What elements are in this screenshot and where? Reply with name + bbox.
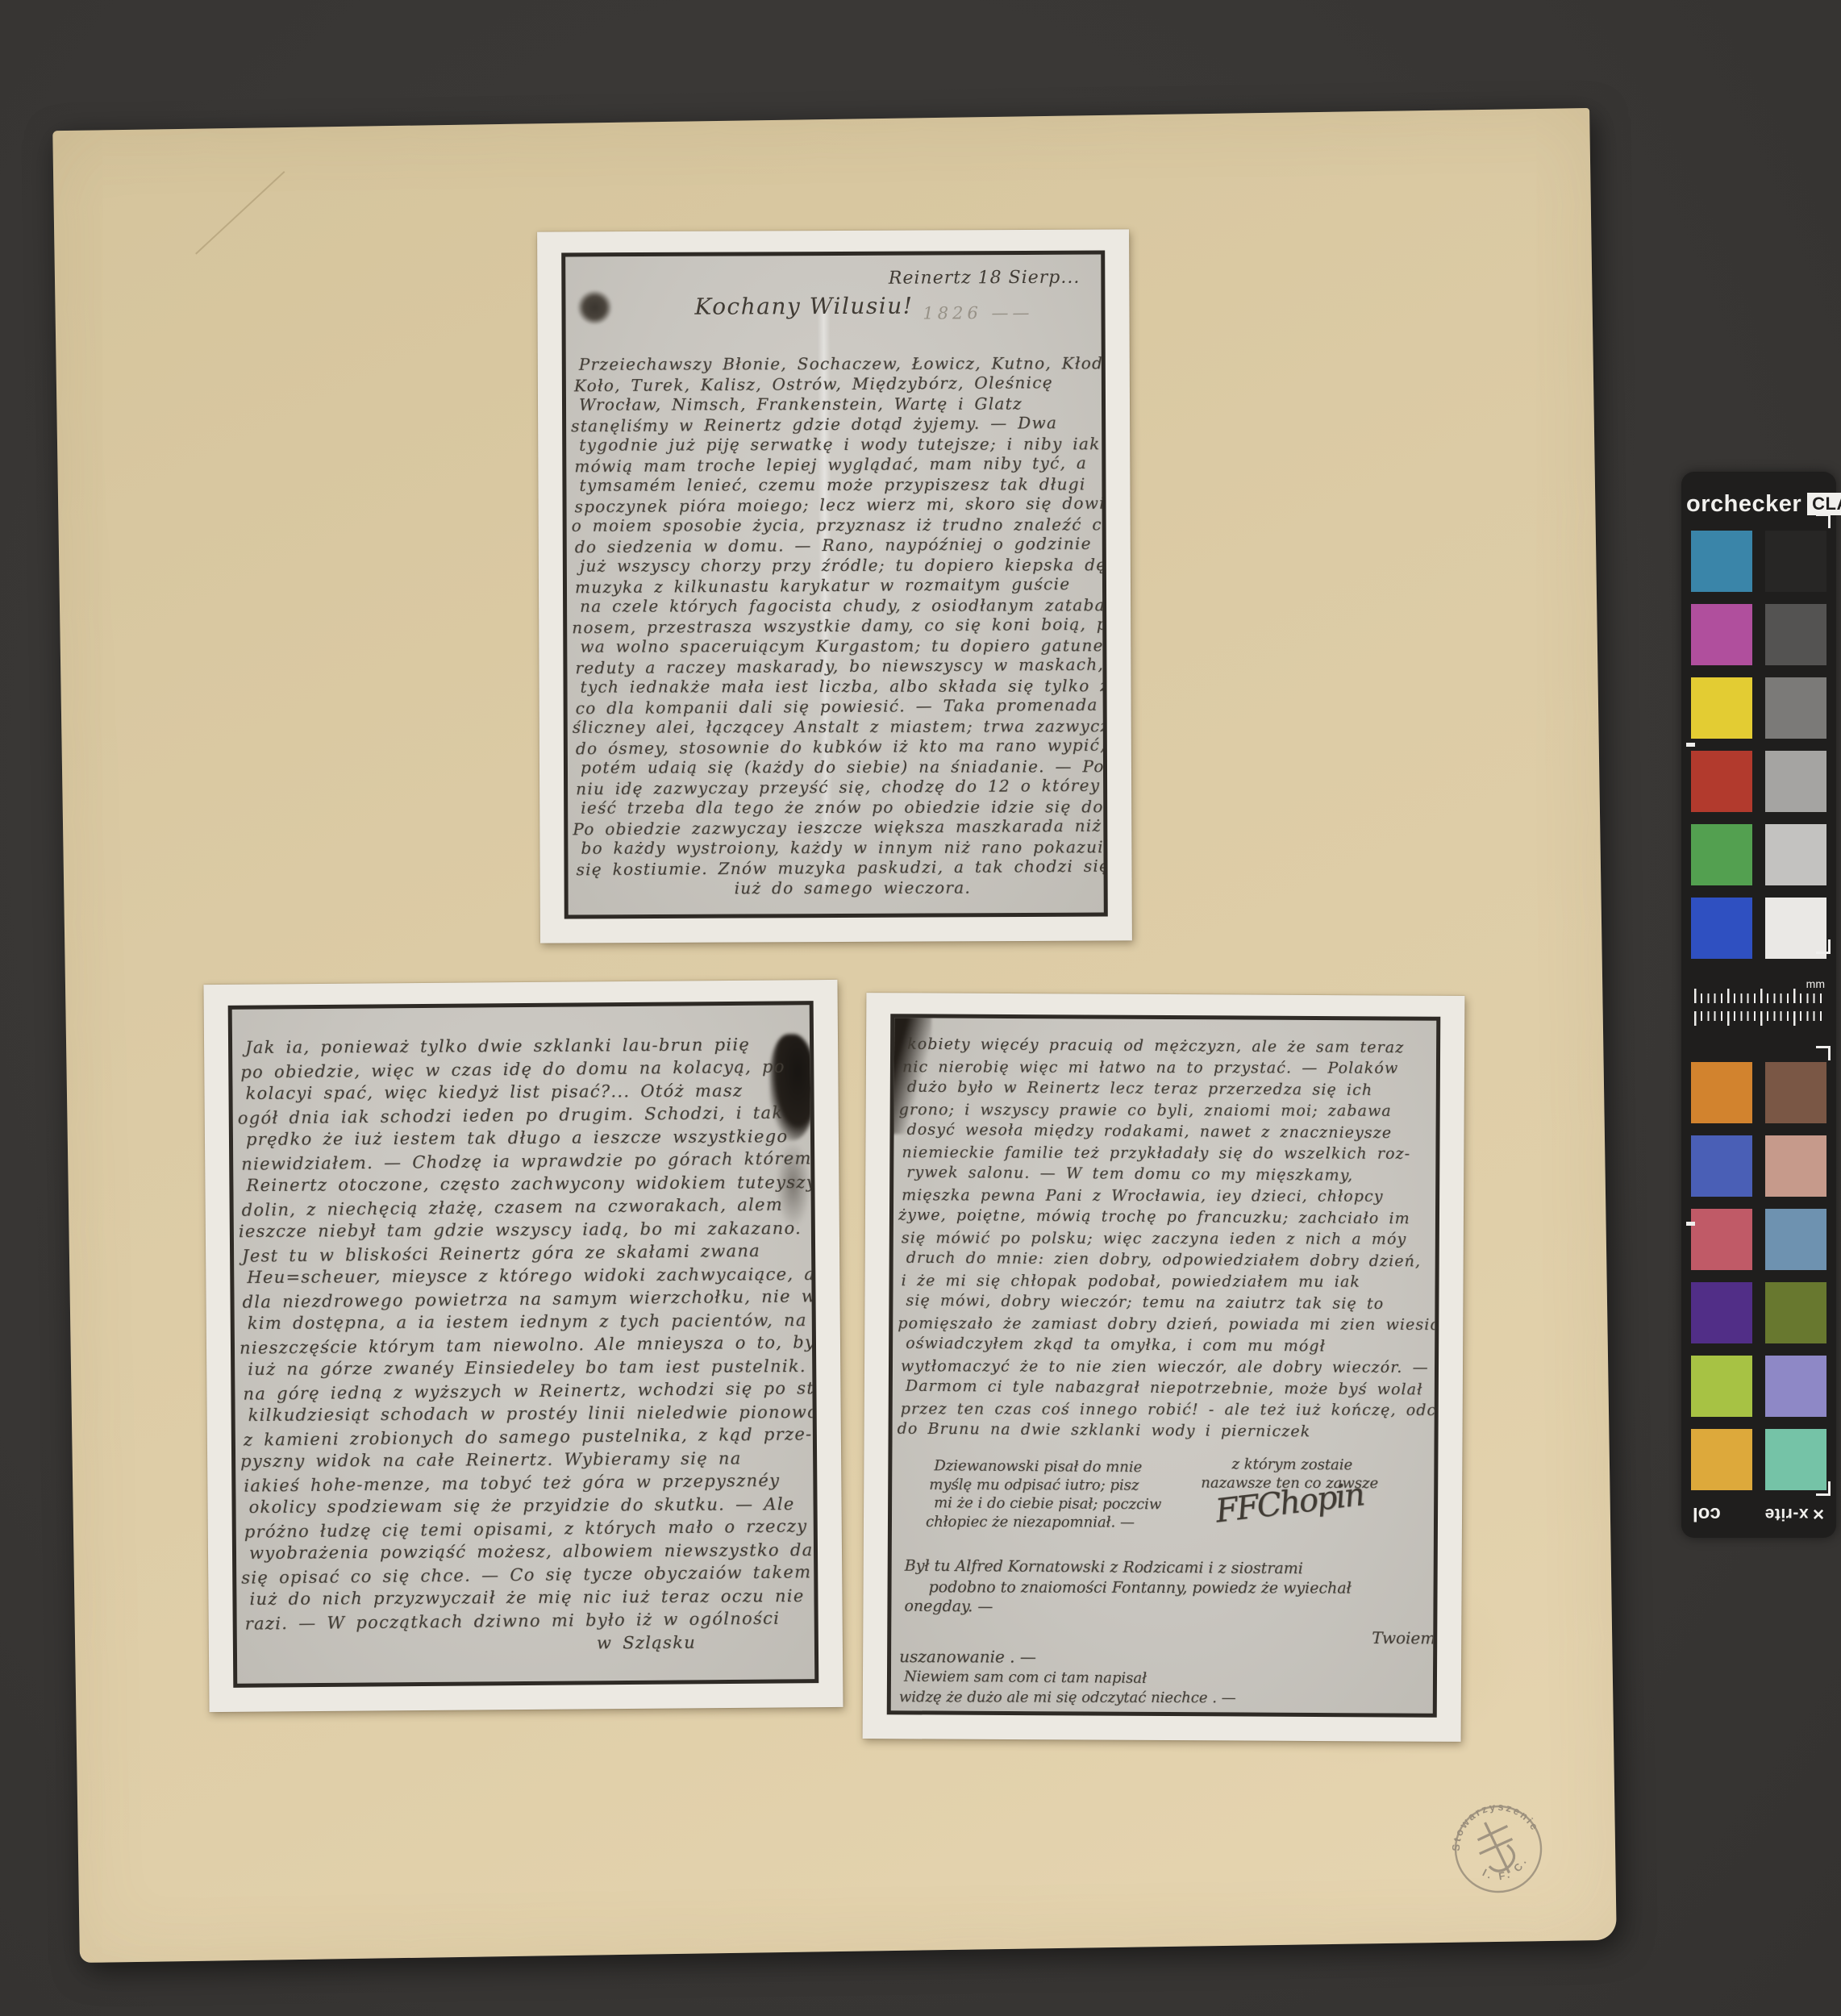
manuscript-line: grono; i wszyscy prawie co byli, znaiomi…	[899, 1099, 1428, 1122]
manuscript-text-page-3: kobiety więcéy pracuią od mężczyzn, ale …	[901, 1034, 1429, 1443]
manuscript-text-page-1: Przeiechawszy Błonie, Sochaczew, Łowicz,…	[574, 353, 1096, 900]
manuscript-line: tygodnie już piję serwatkę i wody tutejs…	[579, 434, 1093, 455]
edge-index-mark	[1686, 1222, 1695, 1226]
regards-block: Twoiemu Papie, Twéy Mamie moieuszanowani…	[899, 1624, 1425, 1668]
letter-photo-page-2: Jak ia, ponieważ tylko dwie szklanki lau…	[228, 1001, 819, 1688]
manuscript-line: nosem, przestrasza wszystkie damy, co si…	[572, 614, 1094, 639]
color-patch	[1691, 1429, 1752, 1490]
manuscript-line: reduty a raczey maskarady, bo niewszyscy…	[575, 655, 1094, 678]
registration-corner-icon	[1816, 1046, 1831, 1060]
photograph-background: Reinertz 18 Sierp... 1826 —— Kochany Wil…	[0, 0, 1841, 2016]
color-word-fragment: col	[1693, 1502, 1721, 1525]
postscript-kornatowski: Był tu Alfred Kornatowski z Rodzicami i …	[899, 1556, 1425, 1619]
manuscript-line: się mówi, dobry wieczór; temu na zaiutrz…	[906, 1290, 1427, 1315]
manuscript-line: Twoiemu Papie, Twéy Mamie moie	[904, 1624, 1425, 1649]
xrite-logo-icon: ✕	[1812, 1504, 1825, 1522]
color-patch	[1765, 1062, 1826, 1123]
manuscript-line: już wszyscy chorzy przy źródle; tu dopie…	[580, 555, 1094, 576]
color-patch	[1765, 751, 1826, 812]
manuscript-line: Dziewanowski pisał do mnie	[934, 1456, 1161, 1477]
postscript-block: Dziewanowski pisał do mniemyślę mu odpis…	[900, 1453, 1427, 1552]
manuscript-line: dużo było w Reinertz lecz teraz przerzed…	[907, 1077, 1428, 1102]
letter-photo-page-1: Reinertz 18 Sierp... 1826 —— Kochany Wil…	[561, 251, 1108, 919]
manuscript-line: w Szląsku	[250, 1631, 806, 1656]
color-patch	[1691, 531, 1752, 592]
color-patch	[1765, 604, 1826, 665]
manuscript-line: niu idę zazwyczay przeyść się, chodzę do…	[576, 776, 1095, 799]
manuscript-line: onegday. —	[904, 1597, 1425, 1621]
color-patch	[1765, 824, 1826, 885]
manuscript-line: muzyka z kilkunastu karykatur w rozmaity…	[575, 574, 1094, 598]
manuscript-line: co dla kompanii dali się powiesić. — Tak…	[576, 695, 1095, 719]
manuscript-line: Po obiedzie zazwyczay ieszcze większa ma…	[573, 816, 1095, 840]
manuscript-line: i że mi się chłopak podobał, powiedziałe…	[902, 1270, 1427, 1293]
color-patch	[1765, 531, 1826, 592]
manuscript-line: dosyć wesoła między rodakami, nawet z zn…	[906, 1119, 1427, 1144]
color-patch	[1691, 1062, 1752, 1123]
manuscript-line: ieść trzeba dla tego że znów po obiedzie…	[581, 797, 1095, 818]
registration-corner-icon	[1816, 514, 1831, 528]
manuscript-line: podobno to znaiomości Fontanny, powiedz …	[900, 1577, 1426, 1599]
manuscript-line: wytłomaczyć że to nie zien wieczór, ale …	[901, 1356, 1427, 1378]
registration-corner-icon	[1816, 1481, 1831, 1496]
manuscript-line: z którym zostaie	[1169, 1455, 1414, 1475]
manuscript-line: druch do mnie: zien dobry, odpowiedziałe…	[906, 1248, 1427, 1272]
manuscript-line: się kostiumie. Znów muzyka paskudzi, a t…	[576, 856, 1095, 880]
color-patch-grid-top	[1691, 531, 1826, 959]
manuscript-line: do ósmey, stosownie do kubków iż kto ma …	[576, 735, 1095, 759]
manuscript-line: chłopiec że niezapomniał. —	[926, 1513, 1161, 1532]
manuscript-line: się mówić po polsku; więc zaczyna ieden …	[902, 1227, 1427, 1250]
manuscript-line: wa wolno spaceruiącym Kurgastom; tu dopi…	[580, 635, 1094, 656]
manuscript-line: mi że i do ciebie pisał; poczciw	[934, 1493, 1161, 1514]
color-patch	[1691, 751, 1752, 812]
manuscript-line: rywek salonu. — W tem domu co my mięszka…	[906, 1162, 1427, 1187]
manuscript-line: Był tu Alfred Kornatowski z Rodzicami i …	[905, 1556, 1426, 1581]
manuscript-line: kobiety więcéy pracuią od mężczyzn, ale …	[907, 1034, 1428, 1059]
manuscript-line: o moiem sposobie życia, przyznasz iż tru…	[572, 514, 1094, 535]
manuscript-line: Przeiechawszy Błonie, Sochaczew, Łowicz,…	[579, 353, 1093, 374]
letter-dateline: Reinertz 18 Sierp...	[889, 268, 1081, 289]
color-patch	[1691, 1282, 1752, 1343]
color-patch	[1765, 1209, 1826, 1270]
color-patch	[1765, 1356, 1826, 1417]
manuscript-line: bo każdy wystroiony, każdy w innym niż r…	[581, 837, 1095, 858]
manuscript-line: mówią mam troche lepiej wyglądać, mam ni…	[574, 453, 1093, 477]
manuscript-line: potém udaią się (każdy do siebie) na śni…	[581, 756, 1095, 777]
letter-salutation: Kochany Wilusiu!	[694, 293, 913, 320]
manuscript-line: tymsamém lenieć, czemu może przypiszesz …	[579, 474, 1093, 495]
edge-index-mark	[1686, 743, 1695, 747]
manuscript-line: do Brunu na dwie szklanki wody i piernic…	[897, 1418, 1426, 1443]
letter-photo-page-3: kobiety więcéy pracuią od mężczyzn, ale …	[887, 1014, 1441, 1718]
manuscript-line: oświadczyłem zkąd ta omyłka, i com mu mó…	[906, 1333, 1427, 1358]
registration-corner-icon	[1816, 939, 1831, 954]
color-patch	[1691, 1209, 1752, 1270]
mm-ruler: mm	[1694, 989, 1823, 1026]
manuscript-line: Darmom ci tyle nabazgrał niepotrzebnie, …	[906, 1376, 1427, 1401]
color-patch	[1691, 824, 1752, 885]
postscript-left-column: Dziewanowski pisał do mniemyślę mu odpis…	[929, 1456, 1162, 1532]
color-patch	[1765, 1282, 1826, 1343]
letter-print-page-1: Reinertz 18 Sierp... 1826 —— Kochany Wil…	[537, 229, 1132, 943]
manuscript-line: iuż do samego wieczora.	[581, 877, 1096, 898]
color-patch-grid-bottom	[1691, 1062, 1826, 1490]
color-patch	[1691, 604, 1752, 665]
color-patch	[1691, 1135, 1752, 1197]
letter-print-page-2: Jak ia, ponieważ tylko dwie szklanki lau…	[203, 980, 843, 1712]
ruler-unit-label: mm	[1806, 977, 1825, 990]
manuscript-line: stanęliśmy w Reinertz gdzie dotąd żyjemy…	[571, 413, 1093, 437]
manuscript-line: myślę mu odpisać iutro; pisz	[929, 1476, 1161, 1495]
manuscript-line: Wrocław, Nimsch, Frankenstein, Wartę i G…	[579, 394, 1093, 414]
color-patch	[1765, 677, 1826, 739]
manuscript-line: uszanowanie . —	[899, 1646, 1425, 1668]
manuscript-line: niemieckie familie też przykładały się d…	[902, 1142, 1427, 1164]
ink-blot	[577, 290, 612, 324]
manuscript-line: do siedzenia w domu. — Rano, naypóźniej …	[575, 534, 1094, 557]
color-checker-strip: orcheckerCLASSIC mm ✕x-rite col	[1681, 472, 1836, 1538]
color-patch	[1691, 1356, 1752, 1417]
manuscript-line: mięszka pewna Pani z Wrocławia, iey dzie…	[902, 1185, 1427, 1207]
color-patch	[1691, 898, 1752, 959]
pencil-year-note: 1826 ——	[923, 303, 1033, 323]
manuscript-line: Koło, Turek, Kalisz, Ostrów, Międzybórz,…	[574, 373, 1093, 396]
color-checker-title-text: orchecker	[1686, 491, 1801, 517]
manuscript-line: śliczney alei, łączącey Anstalt z miaste…	[573, 716, 1095, 737]
manuscript-line: Niewiem sam com ci tam napisał	[904, 1668, 1425, 1691]
xrite-brand-text: x-rite	[1764, 1505, 1808, 1523]
classic-badge: CLASSIC	[1807, 493, 1841, 515]
manuscript-text-page-2: Jak ia, ponieważ tylko dwie szklanki lau…	[240, 1032, 806, 1657]
manuscript-line: nic nierobię więc mi łatwo na to przysta…	[902, 1056, 1428, 1079]
manuscript-line: przez ten czas coś innego robić! - ale t…	[901, 1398, 1427, 1421]
color-patch	[1765, 1135, 1826, 1197]
manuscript-line: widzę że dużo ale mi się odczytać niechc…	[899, 1688, 1425, 1709]
manuscript-line: spoczynek pióra moiego; lecz wierz mi, s…	[574, 494, 1093, 517]
manuscript-line: tych iednakże mała iest liczba, albo skł…	[581, 676, 1095, 697]
final-footnote: Niewiem sam com ci tam napisałwidzę że d…	[899, 1668, 1425, 1709]
color-patch	[1691, 677, 1752, 739]
color-checker-bottom-labels: ✕x-rite col	[1693, 1502, 1825, 1525]
manuscript-line: pomięszało że zamiast dobry dzień, powia…	[898, 1313, 1427, 1335]
closing-right-column: z którym zostaienazawsze ten co zawsze F…	[1164, 1455, 1414, 1514]
letter-print-page-3: kobiety więcéy pracuią od mężczyzn, ale …	[863, 993, 1465, 1742]
manuscript-line: żywe, poiętne, mówią trochę po francuzku…	[898, 1205, 1427, 1230]
manuscript-line: na czele których fagocista chudy, z osio…	[580, 595, 1094, 616]
xrite-brand: ✕x-rite	[1764, 1504, 1825, 1523]
